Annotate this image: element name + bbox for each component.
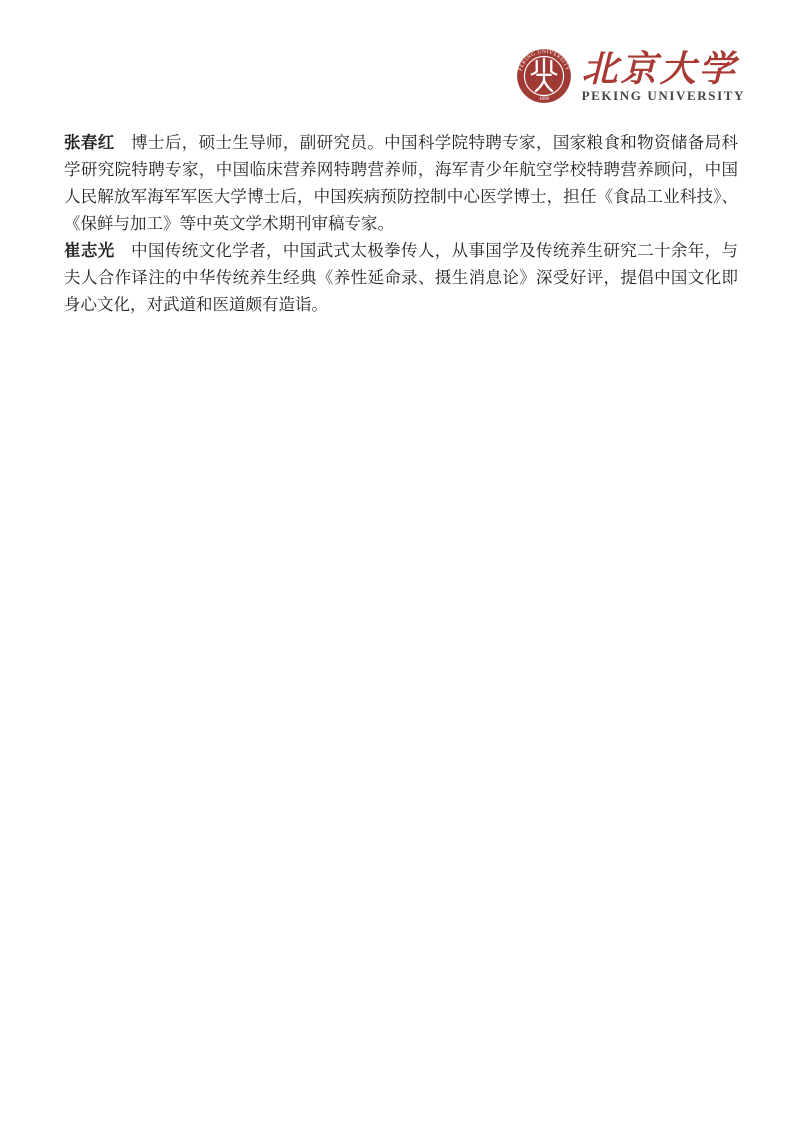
peking-university-logo: PEKING UNIVERSITY 1898 北京大学 PEKING UNIVE…: [516, 48, 745, 104]
author-bio: 博士后，硕士生导师，副研究员。中国科学院特聘专家，国家粮食和物资储备局科学研究院…: [64, 133, 738, 233]
logo-english-name: PEKING UNIVERSITY: [582, 88, 745, 103]
author-bio: 中国传统文化学者，中国武式太极拳传人，从事国学及传统养生研究二十余年，与夫人合作…: [64, 241, 738, 314]
svg-text:1898: 1898: [539, 96, 550, 102]
bio-paragraph-cui-zhiguang: 崔志光中国传统文化学者，中国武式太极拳传人，从事国学及传统养生研究二十余年，与夫…: [64, 237, 738, 318]
logo-wordmark: 北京大学 PEKING UNIVERSITY: [582, 50, 745, 103]
document-page: PEKING UNIVERSITY 1898 北京大学 PEKING UNIVE…: [0, 0, 800, 1131]
logo-chinese-name: 北京大学: [582, 50, 738, 88]
bio-paragraph-zhang-chunhong: 张春红博士后，硕士生导师，副研究员。中国科学院特聘专家，国家粮食和物资储备局科学…: [64, 129, 738, 237]
author-name: 崔志光: [64, 241, 115, 260]
author-name: 张春红: [64, 133, 115, 152]
peking-university-seal-icon: PEKING UNIVERSITY 1898: [516, 48, 572, 104]
bio-text-block: 张春红博士后，硕士生导师，副研究员。中国科学院特聘专家，国家粮食和物资储备局科学…: [64, 129, 738, 318]
